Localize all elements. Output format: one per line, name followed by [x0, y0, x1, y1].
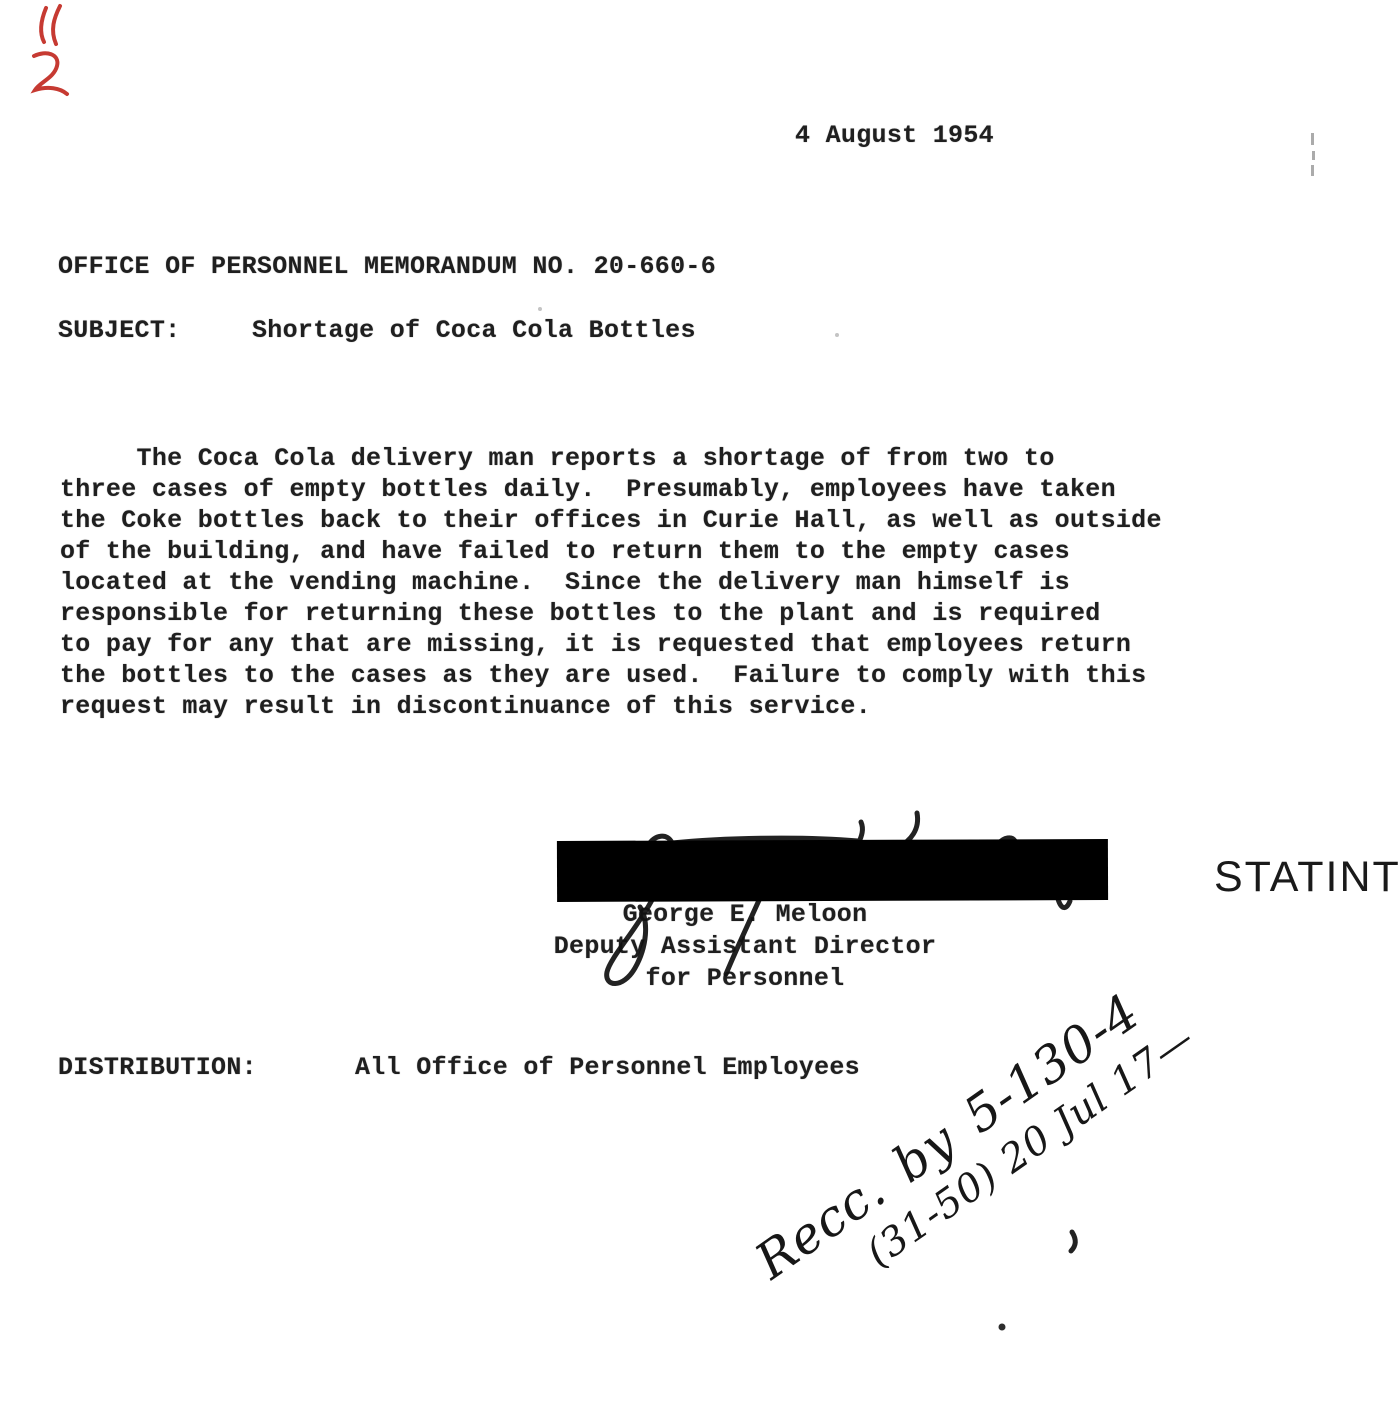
- body-paragraph: The Coca Cola delivery man reports a sho…: [60, 443, 1162, 722]
- distribution-label: DISTRIBUTION:: [58, 1053, 257, 1082]
- scan-artifact-dash: [1311, 165, 1314, 176]
- handwritten-note: Recc. by 5-130-4 (31-50) 20 Jul 17—: [745, 965, 1203, 1331]
- subject-text: Shortage of Coca Cola Bottles: [252, 316, 696, 345]
- date-line: 4 August 1954: [795, 121, 994, 150]
- ink-speck: [538, 307, 542, 311]
- signature-block: George E. Meloon Deputy Assistant Direct…: [445, 899, 1045, 995]
- handwritten-note-line1: Recc. by 5-130-4: [745, 965, 1175, 1290]
- scan-artifact-dash: [1311, 133, 1314, 145]
- signatory-title: Deputy Assistant Director: [445, 931, 1045, 963]
- signatory-office: for Personnel: [445, 963, 1045, 995]
- red-pen-marks: [0, 0, 120, 120]
- subject-label: SUBJECT:: [58, 316, 180, 345]
- ink-speck: [835, 333, 839, 337]
- scan-artifact-dash: [1312, 151, 1315, 160]
- memo-document: 4 August 1954 OFFICE OF PERSONNEL MEMORA…: [0, 0, 1400, 1417]
- distribution-text: All Office of Personnel Employees: [355, 1053, 860, 1082]
- memo-number-line: OFFICE OF PERSONNEL MEMORANDUM NO. 20-66…: [58, 252, 716, 281]
- statintl-stamp: STATINTL: [1214, 853, 1400, 902]
- redaction-bar: [557, 839, 1108, 902]
- signatory-name: George E. Meloon: [445, 899, 1045, 931]
